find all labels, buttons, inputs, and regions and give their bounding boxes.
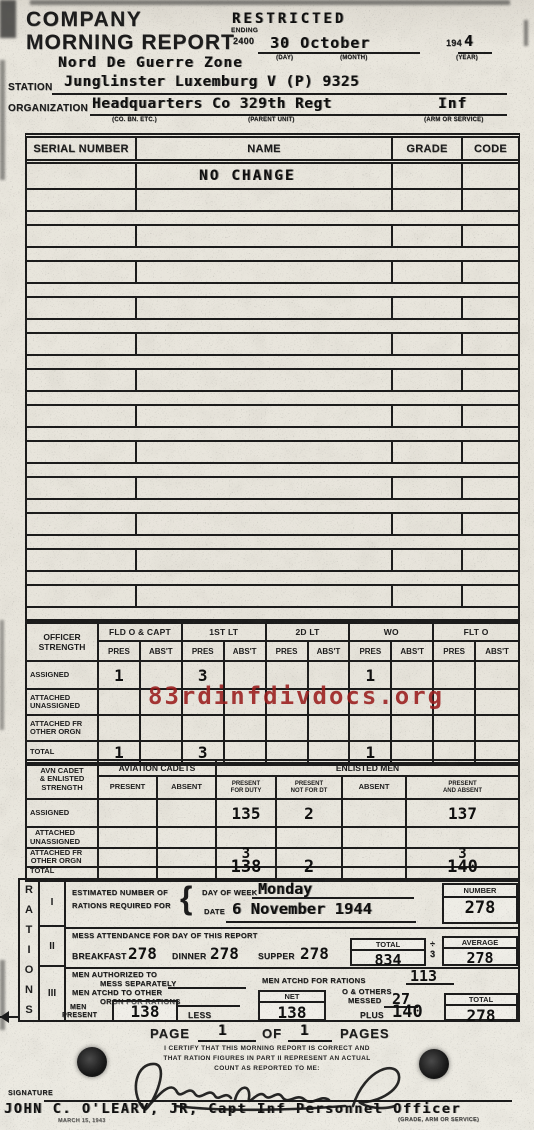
roster-blank-row — [27, 586, 518, 608]
mess-attendance-label: MESS ATTENDANCE FOR DAY OF THIS REPORT — [72, 931, 258, 940]
officer-subheader: PRES ABS'T PRES ABS'T PRES ABS'T PRES AB… — [27, 642, 518, 662]
page-number: 1 — [218, 1023, 226, 1039]
o-others-label-2: MESSED — [348, 996, 381, 1005]
supper-label: SUPPER — [258, 951, 295, 961]
organization-label: ORGANIZATION — [8, 103, 88, 114]
officer-cell — [392, 716, 434, 742]
grand-total-value: 278 — [446, 1006, 516, 1025]
subhead-present-for-duty: PRESENTFOR DUTY — [217, 777, 277, 800]
group-flt-o: FLT O — [434, 624, 518, 642]
sub-arm-label: (ARM OR SERVICE) — [424, 117, 483, 123]
roster-blank-divider — [27, 428, 518, 442]
rations-date-label: DATE — [204, 907, 225, 916]
men-present-value: 138 — [114, 1002, 176, 1021]
roster-blank-divider — [27, 356, 518, 370]
enlisted-cell: 2 — [277, 800, 343, 828]
number-box: NUMBER 278 — [442, 883, 518, 924]
page-label: PAGE — [150, 1026, 190, 1041]
average-box: AVERAGE 278 — [442, 936, 518, 966]
page-underline — [198, 1040, 256, 1042]
subhead-av-absent: ABSENT — [158, 777, 217, 800]
men-present-label-2: PRESENT — [62, 1012, 97, 1019]
o-others-label-1: O & OTHERS — [342, 987, 392, 996]
subhead-av-present: PRESENT — [99, 777, 158, 800]
atchd-for-rations-label: MEN ATCHD FOR RATIONS — [262, 976, 366, 985]
organization-value: Headquarters Co 329th Regt — [92, 96, 332, 112]
group-2d-lt: 2D LT — [267, 624, 351, 642]
officer-row-label: ATTACHED FROTHER ORGN — [27, 716, 99, 742]
subhead-absent: ABSENT — [343, 777, 407, 800]
enlisted-row: ASSIGNED1352137 — [27, 800, 518, 828]
roster-blank-divider — [27, 500, 518, 514]
est-rations-label-1: ESTIMATED NUMBER OF — [72, 888, 168, 897]
officer-row-label: ASSIGNED — [27, 662, 99, 690]
officer-cell — [225, 716, 267, 742]
station-underline — [52, 93, 507, 95]
officer-strength-title: OFFICER STRENGTH — [27, 624, 99, 662]
avn-subheader: PRESENT ABSENT PRESENTFOR DUTY PRESENTNO… — [27, 777, 518, 800]
breakfast-value: 278 — [128, 944, 157, 963]
roster-blank-divider — [27, 284, 518, 298]
officer-row-label: ATTACHEDUNASSIGNED — [27, 690, 99, 716]
roster-blank-divider — [27, 572, 518, 586]
zone-value: Nord De Guerre Zone — [58, 55, 243, 71]
entry-serial — [27, 164, 137, 188]
scan-smudge — [0, 620, 4, 730]
handwritten-signature — [115, 1050, 445, 1112]
roster-blank-row — [27, 550, 518, 572]
arm-value: Inf — [438, 96, 467, 112]
year-digit: 4 — [464, 32, 473, 50]
grand-total-label: TOTAL — [446, 995, 516, 1006]
watermark-text: 83rdinfdivdocs.org — [148, 682, 444, 710]
day-label: (DAY) — [276, 55, 293, 61]
enlisted-strength-table: AVN CADET & ENLISTED STRENGTH AVIATION C… — [25, 759, 520, 882]
pages-label: PAGES — [340, 1026, 390, 1041]
net-label: NET — [260, 992, 324, 1003]
col-serial-number: SERIAL NUMBER — [27, 138, 137, 159]
scan-smudge — [0, 960, 5, 1030]
sub-co-label: (CO. BN. ETC.) — [112, 117, 157, 123]
rations-vertical-label: RATIONS — [20, 880, 40, 1020]
roster-table: SERIAL NUMBER NAME GRADE CODE NO CHANGE — [25, 133, 520, 624]
less-label: LESS — [188, 1010, 211, 1020]
subhead-pres: PRES — [267, 642, 309, 662]
roster-blank-row — [27, 190, 518, 212]
est-rations-label-2: RATIONS REQUIRED FOR — [72, 901, 171, 910]
enlisted-cell — [158, 856, 217, 880]
roster-blank-divider — [27, 392, 518, 406]
rations-numeral-column: I II III — [40, 880, 66, 1020]
report-date: 30 October — [270, 34, 370, 52]
dinner-label: DINNER — [172, 951, 206, 961]
roster-blank-divider — [27, 536, 518, 550]
roster-blank-row — [27, 442, 518, 464]
rations-letter: N — [25, 984, 33, 996]
plus-value: 140 — [392, 1002, 423, 1022]
numeral-I: I — [40, 880, 64, 927]
roster-entry-row: NO CHANGE — [27, 164, 518, 190]
officer-cell — [309, 716, 351, 742]
divide-by-three: ÷ 3 — [430, 940, 435, 960]
brace: { — [180, 880, 192, 917]
enlisted-cell — [158, 800, 217, 828]
officer-cell — [476, 662, 518, 690]
group-wo: WO — [350, 624, 434, 642]
mess-separately-label-2: MESS SEPARATELY — [100, 979, 176, 988]
date-underline — [258, 52, 420, 54]
rations-letter: I — [27, 944, 30, 956]
officer-body: ASSIGNED131ATTACHEDUNASSIGNEDATTACHED FR… — [27, 662, 518, 764]
average-label: AVERAGE — [444, 938, 516, 949]
net-box: NET 138 — [258, 990, 326, 1021]
enlisted-cell — [343, 856, 407, 880]
subhead-abst: ABS'T — [392, 642, 434, 662]
ending-time: 2400 — [233, 36, 254, 46]
officer-cell — [99, 690, 141, 716]
grade-service-sublabel: (GRADE, ARM OR SERVICE) — [398, 1117, 479, 1123]
atchd-for-line — [406, 983, 454, 985]
subhead-abst: ABS'T — [309, 642, 351, 662]
enlisted-cell: 137 — [407, 800, 518, 828]
roster-blank-row — [27, 334, 518, 356]
scan-smudge — [524, 20, 528, 46]
mess-separately-label-1: MEN AUTHORIZED TO — [72, 970, 157, 979]
subhead-abst: ABS'T — [141, 642, 183, 662]
roster-blank-row — [27, 406, 518, 428]
avn-body: ASSIGNED1352137ATTACHEDUNASSIGNEDATTACHE… — [27, 800, 518, 880]
enlisted-row-label: ATTACHEDUNASSIGNED — [27, 828, 99, 849]
rations-letter: O — [25, 964, 34, 976]
punch-hole-left — [77, 1047, 107, 1077]
rations-letter: S — [25, 1004, 32, 1016]
roster-blank-row — [27, 478, 518, 500]
year-underline — [458, 52, 492, 54]
number-box-label: NUMBER — [444, 885, 516, 898]
day-of-week-label: DAY OF WEEK — [202, 888, 257, 897]
subhead-pres: PRES — [434, 642, 476, 662]
mess-total-box: TOTAL 834 — [350, 938, 426, 966]
section-divider-2 — [66, 967, 518, 969]
pages-number: 1 — [300, 1023, 308, 1039]
mess-total-label: TOTAL — [352, 940, 424, 951]
group-enlisted-men: ENLISTED MEN — [217, 761, 518, 777]
numeral-III: III — [40, 967, 64, 1020]
roster-blank-row — [27, 262, 518, 284]
number-box-value: 278 — [444, 898, 516, 918]
group-fldo-capt: FLD O & CAPT — [99, 624, 183, 642]
entry-code — [463, 164, 518, 188]
col-code: CODE — [463, 138, 518, 159]
col-grade: GRADE — [393, 138, 463, 159]
roster-blank-row — [27, 514, 518, 536]
roster-blank-divider — [27, 212, 518, 226]
scan-smudge — [0, 60, 5, 180]
officer-cell — [434, 716, 476, 742]
morning-report-document: COMPANY MORNING REPORT RESTRICTED ENDING… — [0, 0, 534, 1130]
group-1st-lt: 1ST LT — [183, 624, 267, 642]
enlisted-cell: 135 — [217, 800, 277, 828]
rations-date-value: 6 November 1944 — [232, 900, 372, 918]
average-value: 278 — [444, 949, 516, 967]
subhead-pres: PRES — [99, 642, 141, 662]
roster-blank-row — [27, 298, 518, 320]
roster-blank-row — [27, 370, 518, 392]
officer-row: ATTACHED FROTHER ORGN — [27, 716, 518, 742]
officer-cell — [476, 716, 518, 742]
officer-cell — [141, 716, 183, 742]
men-present-label-1: MEN — [70, 1004, 86, 1011]
roster-blank-divider — [27, 320, 518, 334]
enlisted-cell — [99, 856, 158, 880]
form-date-sublabel: MARCH 15, 1943 — [58, 1118, 106, 1124]
subhead-abst: ABS'T — [225, 642, 267, 662]
year-prefix: 194 — [446, 38, 462, 48]
subhead-present-not-for-duty: PRESENTNOT FOR DT — [277, 777, 343, 800]
dinner-value: 278 — [210, 944, 239, 963]
roster-header-row: SERIAL NUMBER NAME GRADE CODE — [27, 138, 518, 164]
station-value: Junglinster Luxemburg V (P) 9325 — [64, 74, 359, 90]
subhead-abst: ABS'T — [476, 642, 518, 662]
dow-underline — [252, 897, 414, 899]
atchd-to-line — [178, 1005, 240, 1007]
enlisted-row-label: ASSIGNED — [27, 800, 99, 828]
form-title-line2: MORNING REPORT — [26, 31, 235, 55]
enlisted-cell: 2 — [277, 856, 343, 880]
numeral-II: II — [40, 927, 64, 967]
enlisted-cell: 140 — [407, 856, 518, 880]
grand-total-box: TOTAL 278 — [444, 993, 518, 1021]
avn-group-header: AVIATION CADETS ENLISTED MEN — [27, 761, 518, 777]
subhead-present-and-absent: PRESENTAND ABSENT — [407, 777, 518, 800]
officer-cell — [350, 716, 392, 742]
mess-sep-line — [168, 987, 246, 989]
scan-smudge — [30, 0, 510, 5]
atchd-to-other-label-1: MEN ATCHD TO OTHER — [72, 988, 162, 997]
enlisted-cell — [99, 800, 158, 828]
group-aviation-cadets: AVIATION CADETS — [99, 761, 217, 777]
pages-underline — [288, 1040, 332, 1042]
rations-letter: T — [26, 924, 33, 936]
ending-label: ENDING — [231, 27, 258, 34]
subhead-pres: PRES — [350, 642, 392, 662]
organization-underline — [90, 114, 507, 116]
breakfast-label: BREAKFAST — [72, 951, 127, 961]
officer-cell — [267, 716, 309, 742]
month-label: (MONTH) — [340, 55, 367, 61]
section-divider-1 — [66, 927, 518, 929]
avn-enlisted-title: AVN CADET & ENLISTED STRENGTH — [27, 761, 99, 800]
officer-cell — [99, 716, 141, 742]
enlisted-cell — [343, 800, 407, 828]
subhead-pres: PRES — [183, 642, 225, 662]
net-value: 138 — [260, 1003, 324, 1022]
scan-smudge — [0, 0, 16, 38]
supper-value: 278 — [300, 944, 329, 963]
col-name: NAME — [137, 138, 393, 159]
year-label: (YEAR) — [456, 55, 478, 61]
roster-blank-rows — [27, 190, 518, 622]
plus-label: PLUS — [360, 1010, 384, 1020]
signature-label: SIGNATURE — [8, 1090, 53, 1097]
roster-blank-divider — [27, 248, 518, 262]
day-of-week-value: Monday — [258, 880, 312, 898]
entry-name: NO CHANGE — [137, 164, 393, 188]
officer-cell — [183, 716, 225, 742]
officer-cell — [476, 690, 518, 716]
of-label: OF — [262, 1026, 282, 1041]
rdate-underline — [226, 921, 416, 923]
men-present-box: 138 — [112, 1000, 178, 1022]
rations-letter: A — [25, 904, 33, 916]
roster-blank-row — [27, 226, 518, 248]
restricted-stamp: RESTRICTED — [232, 11, 346, 27]
officer-group-header: FLD O & CAPT 1ST LT 2D LT WO FLT O — [27, 624, 518, 642]
rations-section: RATIONS I II III ESTIMATED NUMBER OF RAT… — [18, 878, 520, 1022]
sub-parent-label: (PARENT UNIT) — [248, 117, 294, 123]
rations-letter: R — [25, 884, 33, 896]
roster-blank-divider — [27, 464, 518, 478]
station-label: STATION — [8, 82, 53, 93]
officer-cell: 1 — [99, 662, 141, 690]
enlisted-cell: 138 — [217, 856, 277, 880]
form-title-line1: COMPANY — [26, 8, 142, 32]
entry-grade — [393, 164, 463, 188]
